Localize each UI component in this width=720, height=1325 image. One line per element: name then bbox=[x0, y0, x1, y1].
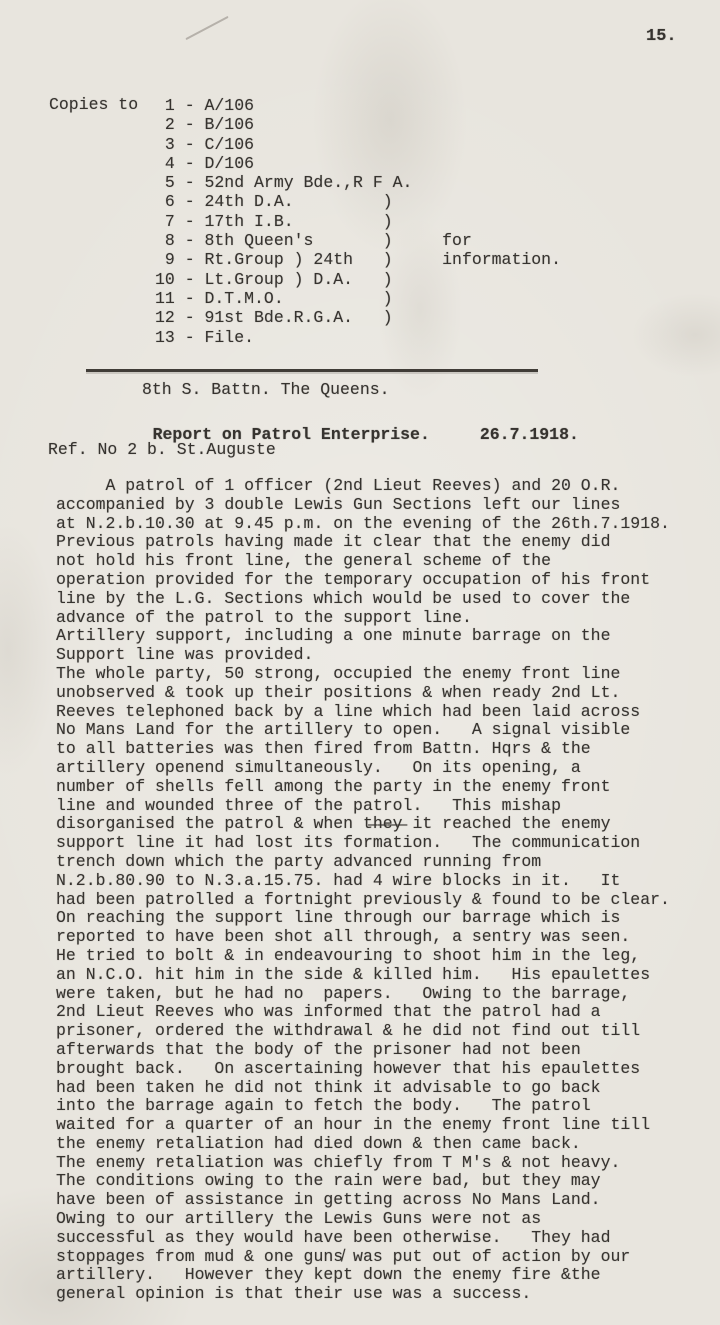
text-line: 8 - 8th Queen's ) for bbox=[155, 231, 561, 250]
text-line: the enemy retaliation had died down & th… bbox=[56, 1135, 670, 1154]
text-line: 11 - D.T.M.O. ) bbox=[155, 289, 561, 308]
text-line: Reeves telephoned back by a line which h… bbox=[56, 703, 670, 722]
copies-to-label: Copies to bbox=[49, 96, 155, 347]
text-line: 2 - B/106 bbox=[155, 115, 561, 134]
text-line: disorganised the patrol & when t̶h̶e̶y̶ … bbox=[56, 815, 670, 834]
pencil-mark bbox=[185, 16, 228, 40]
report-date: 26.7.1918. bbox=[480, 425, 579, 444]
text-line: successful as they would have been other… bbox=[56, 1229, 670, 1248]
text-line: 6 - 24th D.A. ) bbox=[155, 192, 561, 211]
text-line: Owing to our artillery the Lewis Guns we… bbox=[56, 1210, 670, 1229]
text-line: Artillery support, including a one minut… bbox=[56, 627, 670, 646]
text-line: The whole party, 50 strong, occupied the… bbox=[56, 665, 670, 684]
reference-line: Ref. No 2 b. St.Auguste bbox=[48, 441, 276, 460]
text-line: 4 - D/106 bbox=[155, 154, 561, 173]
text-line: artillery. However they kept down the en… bbox=[56, 1266, 670, 1285]
divider-rule bbox=[86, 369, 538, 372]
text-line: were taken, but he had no papers. Owing … bbox=[56, 985, 670, 1004]
text-line: 12 - 91st Bde.R.G.A. ) bbox=[155, 308, 561, 327]
text-line: have been of assistance in getting acros… bbox=[56, 1191, 670, 1210]
text-line: line and wounded three of the patrol. Th… bbox=[56, 797, 670, 816]
text-line: No Mans Land for the artillery to open. … bbox=[56, 721, 670, 740]
text-line: general opinion is that their use was a … bbox=[56, 1285, 670, 1304]
document-page: 15. Copies to 1 - A/106 2 - B/106 3 - C/… bbox=[0, 0, 720, 1325]
text-line: prisoner, ordered the withdrawal & he di… bbox=[56, 1022, 670, 1041]
text-line: an N.C.O. hit him in the side & killed h… bbox=[56, 966, 670, 985]
text-line: unobserved & took up their positions & w… bbox=[56, 684, 670, 703]
text-line: trench down which the party advanced run… bbox=[56, 853, 670, 872]
text-line: 10 - Lt.Group ) D.A. ) bbox=[155, 270, 561, 289]
text-line: support line it had lost its formation. … bbox=[56, 834, 670, 853]
text-line: The conditions owing to the rain were ba… bbox=[56, 1172, 670, 1191]
text-line: A patrol of 1 officer (2nd Lieut Reeves)… bbox=[56, 477, 670, 496]
text-line: N.2.b.80.90 to N.3.a.15.75. had 4 wire b… bbox=[56, 872, 670, 891]
text-line: He tried to bolt & in endeavouring to sh… bbox=[56, 947, 670, 966]
text-line: line by the L.G. Sections which would be… bbox=[56, 590, 670, 609]
text-line: had been patrolled a fortnight previousl… bbox=[56, 891, 670, 910]
text-line: On reaching the support line through our… bbox=[56, 909, 670, 928]
text-line: reported to have been shot all through, … bbox=[56, 928, 670, 947]
text-line: 5 - 52nd Army Bde.,R F A. bbox=[155, 173, 561, 192]
text-line: brought back. On ascertaining however th… bbox=[56, 1060, 670, 1079]
text-line: The enemy retaliation was chiefly from T… bbox=[56, 1154, 670, 1173]
text-line: into the barrage again to fetch the body… bbox=[56, 1097, 670, 1116]
text-line: number of shells fell among the party in… bbox=[56, 778, 670, 797]
text-line: 13 - File. bbox=[155, 328, 561, 347]
text-line: 9 - Rt.Group ) 24th ) information. bbox=[155, 250, 561, 269]
text-line: 1 - A/106 bbox=[155, 96, 561, 115]
text-line: to all batteries was then fired from Bat… bbox=[56, 740, 670, 759]
text-line: had been taken he did not think it advis… bbox=[56, 1079, 670, 1098]
text-line: Previous patrols having made it clear th… bbox=[56, 533, 670, 552]
unit-title: 8th S. Battn. The Queens. bbox=[142, 381, 390, 400]
page-number: 15. bbox=[646, 28, 677, 47]
text-line: accompanied by 3 double Lewis Gun Sectio… bbox=[56, 496, 670, 515]
text-line: 7 - 17th I.B. ) bbox=[155, 212, 561, 231]
text-line: waited for a quarter of an hour in the e… bbox=[56, 1116, 670, 1135]
text-line: operation provided for the temporary occ… bbox=[56, 571, 670, 590]
text-line: Support line was provided. bbox=[56, 646, 670, 665]
text-line: afterwards that the body of the prisoner… bbox=[56, 1041, 670, 1060]
text-line: at N.2.b.10.30 at 9.45 p.m. on the eveni… bbox=[56, 515, 670, 534]
text-line: artillery openend simultaneously. On its… bbox=[56, 759, 670, 778]
text-line: 2nd Lieut Reeves who was informed that t… bbox=[56, 1003, 670, 1022]
text-line: stoppages from mud & one guns̸ was put o… bbox=[56, 1248, 670, 1267]
text-line: advance of the patrol to the support lin… bbox=[56, 609, 670, 628]
report-body: A patrol of 1 officer (2nd Lieut Reeves)… bbox=[56, 477, 670, 1304]
text-line: 3 - C/106 bbox=[155, 135, 561, 154]
distribution-entries: 1 - A/106 2 - B/106 3 - C/106 4 - D/106 … bbox=[155, 96, 561, 347]
distribution-list: Copies to 1 - A/106 2 - B/106 3 - C/106 … bbox=[49, 96, 561, 347]
text-line: not hold his front line, the general sch… bbox=[56, 552, 670, 571]
